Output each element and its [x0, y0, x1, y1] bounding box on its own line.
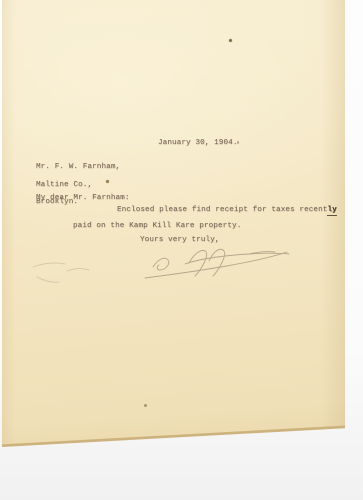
date-line: January 30, 1904. — [158, 139, 238, 148]
body-line-1-text: Enclosed please find receipt for taxes r… — [117, 206, 327, 214]
recipient-name: Mr. F. W. Farnham, — [36, 163, 120, 171]
photo-background: January 30, 1904. Mr. F. W. Farnham, Mal… — [0, 0, 363, 500]
body-line-1: Enclosed please find receipt for taxes r… — [117, 206, 337, 215]
paper-speck — [106, 180, 109, 183]
handwritten-signature — [137, 240, 307, 282]
paper-speck — [229, 39, 232, 42]
pencil-smudge — [27, 255, 102, 293]
body-line-1-overstrike: ly — [327, 206, 336, 216]
letter-paper: January 30, 1904. Mr. F. W. Farnham, Mal… — [2, 0, 345, 447]
paper-speck — [144, 404, 147, 407]
recipient-company: Maltine Co., — [36, 181, 92, 189]
salutation: My dear Mr. Farnham: — [36, 194, 130, 203]
paper-speck — [237, 141, 239, 144]
body-line-2: paid on the Kamp Kill Kare property. — [73, 222, 241, 231]
